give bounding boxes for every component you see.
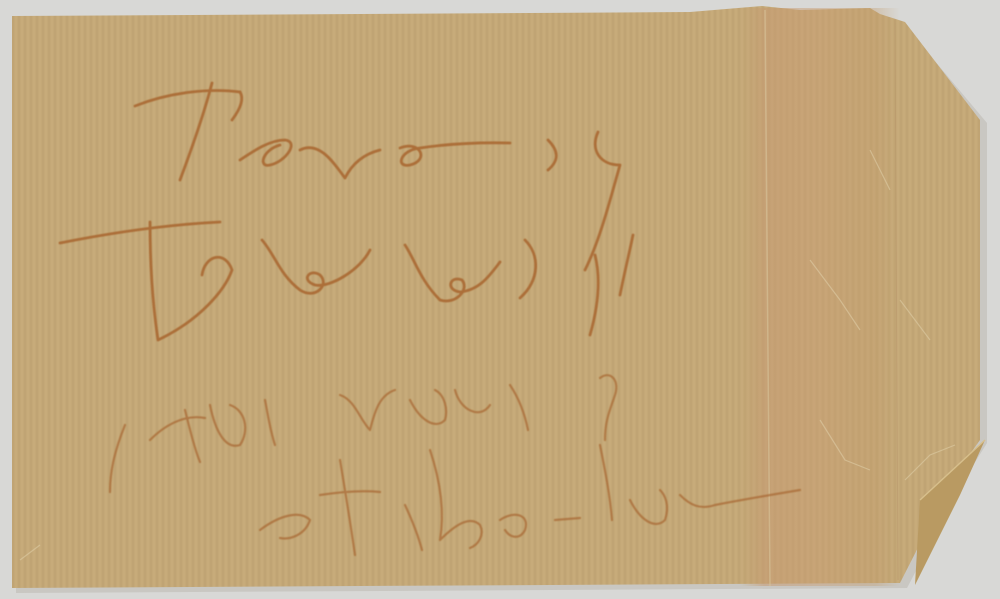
envelope-illustration: [0, 0, 1000, 599]
envelope-photo: Toro ; Tororo ; fusinaux et nho-ly: [0, 0, 1000, 599]
envelope-side-flap: [740, 8, 900, 586]
